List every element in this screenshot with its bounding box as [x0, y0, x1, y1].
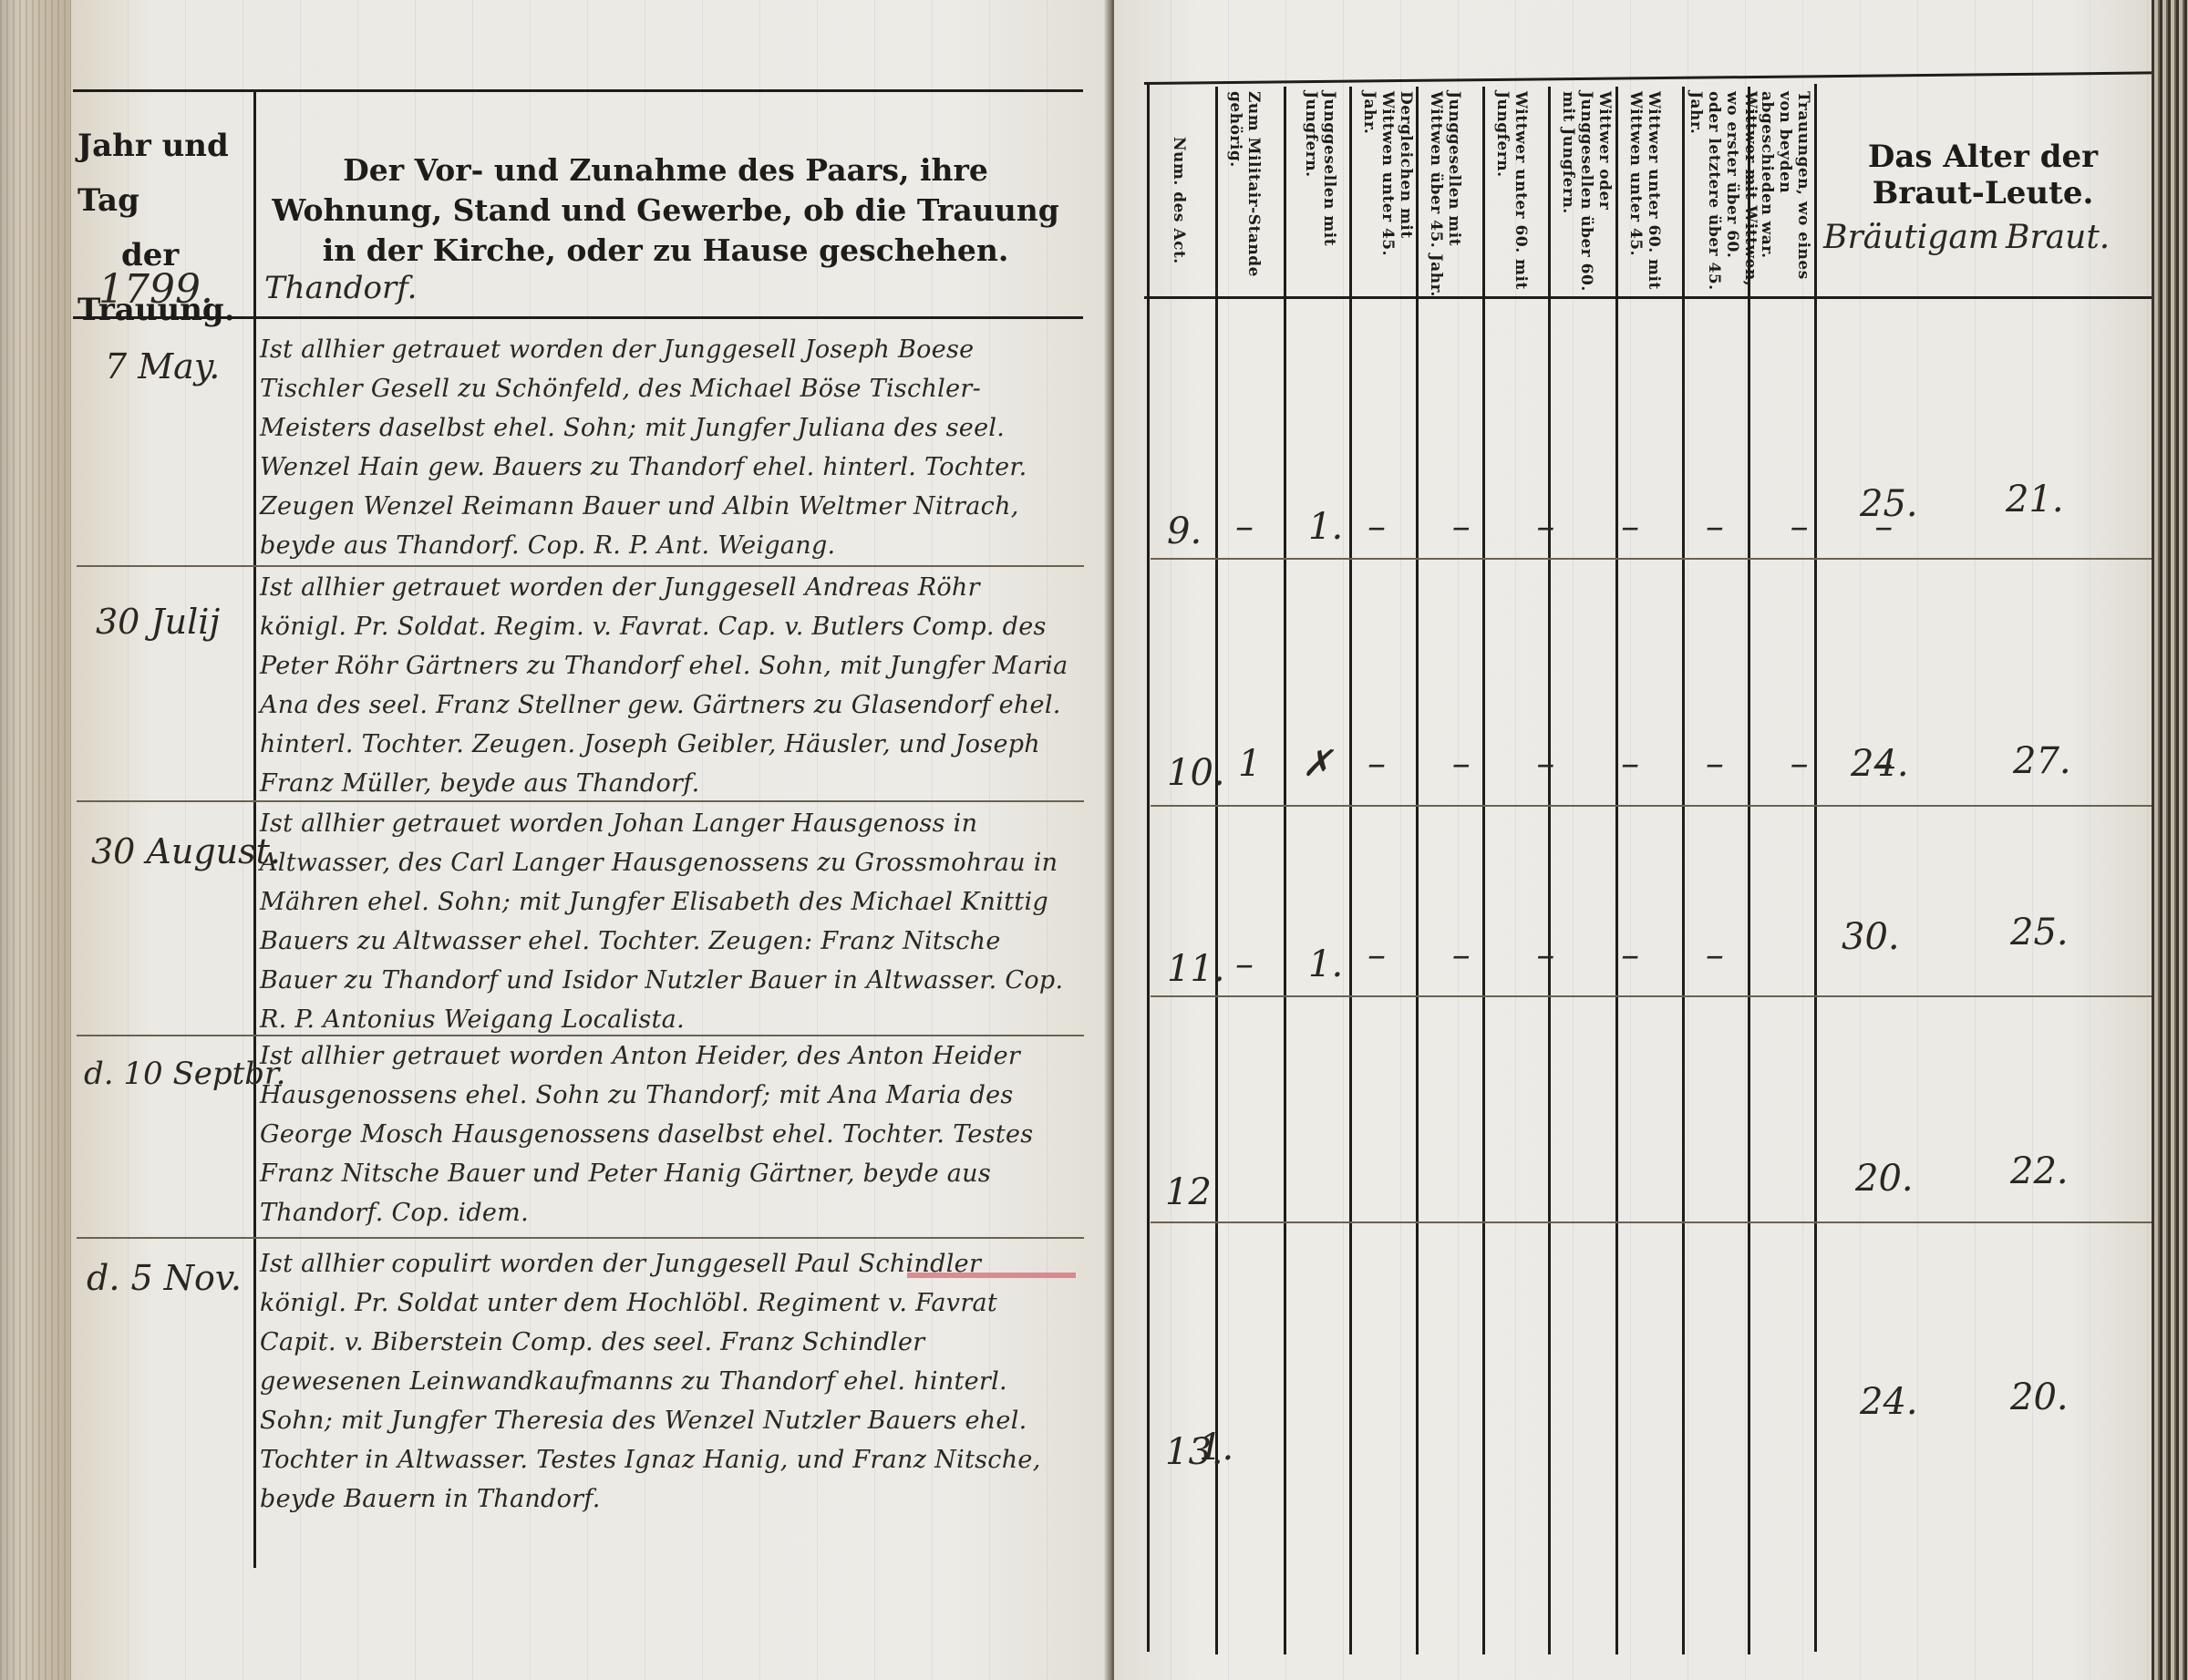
bride-age: 22.	[2010, 1150, 2069, 1192]
entry-text: Ist allhier getrauet worden Johan Langer…	[260, 804, 1071, 1039]
column-header-act-number: Num. des Act.	[1170, 137, 1188, 292]
entry-date: 30 August.	[91, 831, 281, 871]
column-header-bachelors-widows-under-45: Dergleichen mit Wittwen unter 45. Jahr.	[1360, 91, 1415, 301]
military-cell: –	[1235, 506, 1254, 548]
military-cell: 1	[1238, 743, 1261, 785]
entry-date: d. 10 Septbr.	[84, 1056, 285, 1092]
column-header-widowers-under-60-maidens: Wittwer unter 60. mit Jungfern.	[1493, 91, 1530, 301]
entry-text: Ist allhier copulirt worden der Junggese…	[260, 1244, 1071, 1519]
register-year: 1799.	[98, 266, 213, 313]
entry-text: Ist allhier getrauet worden der Junggese…	[260, 330, 1071, 565]
column-header-widowers-widows-over: Wittwer mit Wittwen, wo erster über 60. …	[1687, 91, 1760, 301]
groom-age: 24.	[1860, 1381, 1918, 1423]
date-column-divider	[253, 91, 256, 1568]
open-register-book: Jahr und Tag der Trauung. 1799. Der Vor-…	[0, 0, 2188, 1680]
right-page-edge	[2152, 0, 2188, 1680]
bride-age: 21.	[2006, 479, 2064, 520]
groom-age: 30.	[1842, 916, 1900, 958]
other-columns-dashes: – – – – –	[1367, 934, 1751, 976]
age-column-header: Das Alter der Braut-Leute.	[1814, 139, 2152, 211]
act-number: 12	[1165, 1171, 1212, 1213]
other-columns-dashes: – – – – – – –	[1367, 743, 1920, 785]
column-header-divorced: Trauungen, wo eines von beyden abgeschie…	[1758, 91, 1812, 301]
groom-age: 20.	[1855, 1158, 1914, 1200]
column-header-widowers-over-60-maidens: Wittwer oder Junggesellen über 60. mit J…	[1559, 91, 1614, 301]
entry-date: 30 Julij	[96, 602, 220, 642]
act-number: 11.	[1167, 948, 1225, 990]
act-number: 9.	[1167, 510, 1202, 552]
bachelor-maiden-cell: 1.	[1308, 943, 1343, 985]
entry-date: d. 5 Nov.	[87, 1258, 242, 1298]
military-cell: 1.	[1199, 1427, 1233, 1469]
groom-age: 24.	[1851, 743, 1909, 785]
bride-age: 20.	[2010, 1376, 2069, 1418]
red-pencil-underline	[907, 1273, 1076, 1278]
act-number: 10.	[1167, 752, 1225, 794]
column-header-bachelors-widows-over-45: Junggesellen mit Wittwen über 45. Jahr.	[1427, 91, 1463, 301]
column-header-widowers-widows-under-45: Wittwer unter 60. mit Wittwen unter 45.	[1626, 91, 1663, 301]
left-page-edge	[0, 0, 72, 1680]
column-header-bachelors-maidens: Junggesellen mit Jungfern.	[1302, 91, 1338, 301]
bride-age-label: Braut.	[2006, 219, 2110, 256]
bachelor-maiden-cell: ✗	[1302, 743, 1333, 785]
header-top-rule	[73, 89, 1083, 92]
entry-date: 7 May.	[105, 346, 220, 387]
bride-age: 27.	[2013, 740, 2071, 782]
bride-age: 25.	[2010, 912, 2069, 953]
groom-age: 25.	[1860, 483, 1918, 525]
column-header-military: Zum Militair-Stande gehörig.	[1226, 91, 1263, 301]
groom-age-label: Bräutigam	[1823, 219, 1999, 256]
entry-text: Ist allhier getrauet worden Anton Heider…	[260, 1036, 1071, 1232]
other-columns-dashes: – – – – – – –	[1367, 506, 1920, 548]
entry-text: Ist allhier getrauet worden der Junggese…	[260, 568, 1071, 803]
description-column-header: Der Vor- und Zunahme des Paars, ihre Woh…	[264, 150, 1067, 271]
parish-place: Thandorf.	[264, 270, 417, 306]
bachelor-maiden-cell: 1.	[1308, 506, 1343, 548]
military-cell: –	[1235, 943, 1254, 985]
